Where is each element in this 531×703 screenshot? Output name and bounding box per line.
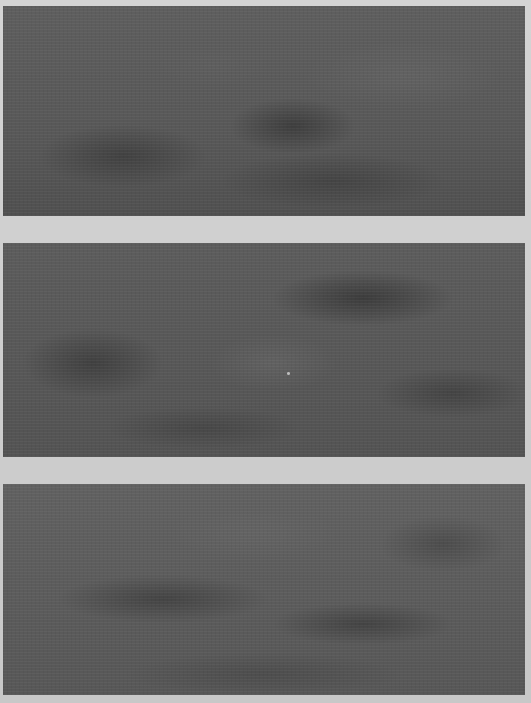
painting-panel-top: [3, 6, 525, 216]
scan-grain: [3, 6, 525, 216]
painting-panel-bottom: [3, 484, 525, 695]
scan-grain: [3, 243, 525, 457]
scan-background: [0, 0, 531, 703]
scan-speck: [287, 372, 290, 375]
scan-grain: [3, 484, 525, 695]
painting-panel-middle: [3, 243, 525, 457]
